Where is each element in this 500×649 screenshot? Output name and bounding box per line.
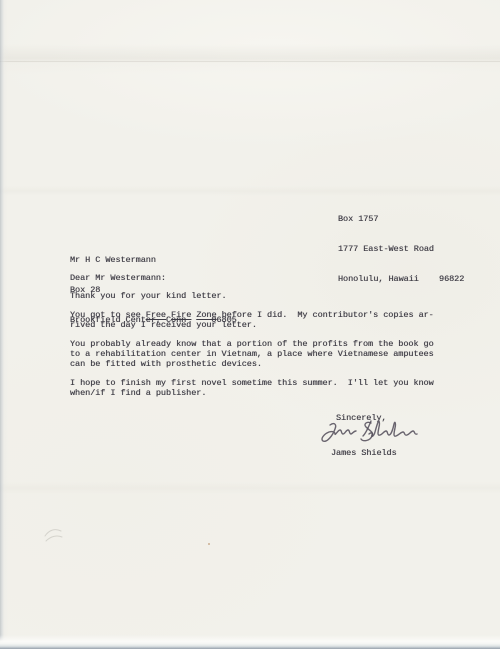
fold-crease-lower — [0, 482, 500, 494]
handwritten-signature — [319, 420, 423, 451]
salutation: Dear Mr Westermann: — [70, 273, 166, 283]
scanned-letter-page: { "document": { "kind": "typewritten-let… — [0, 0, 500, 649]
body-paragraph: You got to see Free Fire Zone before I d… — [70, 310, 434, 330]
sender-address-line: 1777 East-West Road — [338, 244, 464, 254]
body-line: can be fitted with prosthetic devices. — [70, 359, 434, 369]
body-paragraph: Thank you for your kind letter. — [70, 291, 434, 301]
body-paragraph: I hope to finish my first novel sometime… — [70, 378, 434, 398]
body-line: You probably already know that a portion… — [70, 339, 434, 349]
scan-edge-left — [0, 0, 8, 649]
body-paragraph: You probably already know that a portion… — [70, 339, 434, 369]
scan-edge-bottom — [0, 635, 500, 649]
body-line: Thank you for your kind letter. — [70, 291, 434, 301]
typed-signature-name: James Shields — [331, 448, 397, 458]
body-line: when/if I find a publisher. — [70, 388, 434, 398]
fold-crease-top — [0, 44, 500, 74]
recipient-address-line: Mr H C Westermann — [70, 255, 237, 265]
letter-paper: Box 1757 1777 East-West Road Honolulu, H… — [0, 0, 500, 649]
pencil-scribble-mark — [42, 524, 66, 548]
body-line: to a rehabilitation center in Vietnam, a… — [70, 349, 434, 359]
body-line: rived the day I received your letter. — [70, 320, 434, 330]
sender-address-line: Box 1757 — [338, 214, 464, 224]
sender-address-line: Honolulu, Hawaii 96822 — [338, 274, 464, 284]
letter-body: Thank you for your kind letter.You got t… — [70, 291, 434, 407]
sender-address: Box 1757 1777 East-West Road Honolulu, H… — [338, 194, 464, 304]
body-line: I hope to finish my first novel sometime… — [70, 378, 434, 388]
paper-speck — [208, 543, 210, 545]
body-line: You got to see Free Fire Zone before I d… — [70, 310, 434, 320]
